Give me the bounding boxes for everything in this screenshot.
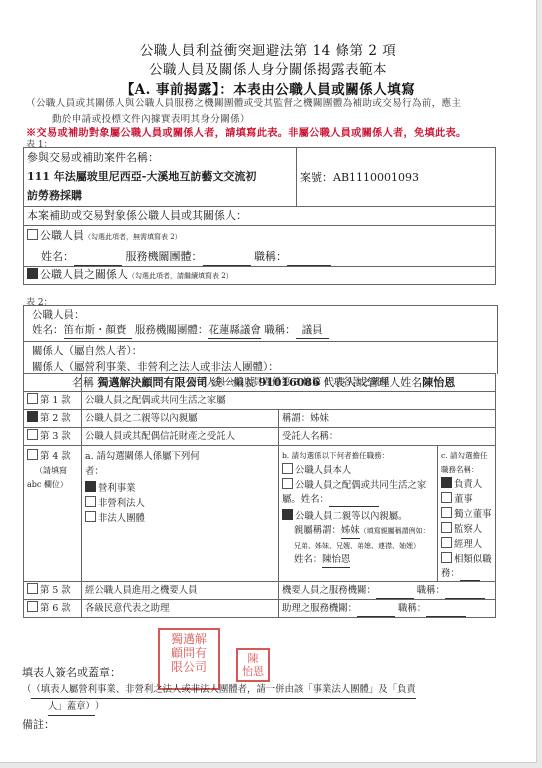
official-org-field[interactable] [203,265,251,266]
checkbox-b-spouse[interactable] [282,478,293,489]
document-page: 公職人員利益衝突迴避法第 14 條第 2 項 公職人員及關係人身分關係揭露表範本… [0,0,537,763]
official-org-value: 花蓮縣議會 [208,323,261,339]
target-label: 本案補助或交易對象係公職人員或其關係人： [24,207,496,226]
checkbox-b-kin[interactable] [282,509,293,520]
clause6-title-field[interactable] [426,616,466,617]
checkbox-official[interactable] [27,229,38,240]
table-row: 第 6 款 各級民意代表之助理 助理之服務機關： 職稱： [24,600,496,618]
table-row-clause4: 第 4 款 （請填寫 abc 欄位） a. 請勾選關係人係屬下列何者： 營利事業… [24,446,496,582]
table2-header-box: 公職人員： 姓名：笛布斯・顏賚 服務機關團體：花蓮縣議會 職稱：議員 關係人（屬… [23,305,498,374]
b-name-value: 陳怡恩 [322,553,350,568]
official-name-field[interactable] [74,265,122,266]
company-seal: 獨邁解 顧問有 限公司 [158,628,220,690]
doc-title-line1: 公職人員利益衝突迴避法第 14 條第 2 項 [0,39,536,59]
checkbox-c-director[interactable] [441,492,452,503]
warning-text: ※交易或補助對象屬公職人員或關係人者，請填寫此表。非屬公職人員或關係人者，免填此… [26,124,466,139]
official-title-field[interactable] [287,265,331,266]
checkbox-c-manager[interactable] [441,537,452,548]
official-title-value: 議員 [296,323,329,339]
table-row: 第 5 款 經公職人員進用之機要人員 機要人員之服務機關： 職稱： [24,582,496,600]
checkbox-a-nonprofit[interactable] [85,496,96,507]
checkbox-clause3[interactable] [27,429,38,440]
table-row: 第 3 款 公職人員或其配偶信託財產之受託人 受託人名稱： [24,428,496,446]
checkbox-c-independent-director[interactable] [441,507,452,518]
checkbox-clause4[interactable] [27,449,38,460]
table1: 參與交易或補助案件名稱： 111 年法屬玻里尼西亞-大溪地互訪藝文交流初 訪勞務… [23,147,496,285]
table-row: 第 1 款 公職人員之配偶或共同生活之家屬 [24,392,496,410]
clause5-title-field[interactable] [445,598,485,599]
clause5-org-field[interactable] [376,598,414,599]
checkbox-a-unincorporated[interactable] [85,511,96,522]
case-number: 案號：AB1110001093 [297,148,496,207]
checkbox-related[interactable] [27,268,38,279]
b-spouse-name-field[interactable] [329,506,379,507]
doc-title-line2: 公職人員及關係人身分關係揭露表範本 [0,58,536,78]
signature-note: （（填表人屬營利事業、非營利之法人或非法人團體者，請一併由該「事業法人團體」及「… [22,682,482,716]
c-similar-field[interactable] [460,580,480,581]
opt-official[interactable]: 公職人員（勾選此項者，無需填寫表 2） [27,226,492,247]
relation-table: 關係人與公職人員間係第 3 條第 1 項各款之關係 第 1 款 公職人員之配偶或… [23,373,496,618]
checkbox-clause6[interactable] [27,601,38,612]
checkbox-c-similar[interactable] [441,552,452,563]
checkbox-b-self[interactable] [282,463,293,474]
signature-label: 填表人簽名或蓋章： [22,664,121,680]
checkbox-clause2[interactable] [27,411,38,422]
remark-label: 備註： [22,716,55,732]
checkbox-clause1[interactable] [27,393,38,404]
checkbox-c-supervisor[interactable] [441,522,452,533]
checkbox-clause5[interactable] [27,583,38,594]
b-kin-value: 姊妹 [341,524,360,539]
opt-related[interactable]: 公職人員之關係人（勾選此項者，請繼續填寫表 2） [24,267,496,285]
relation-header: 關係人與公職人員間係第 3 條第 1 項各款之關係 [82,374,496,392]
table-row: 第 2 款 公職人員之二親等以內親屬 稱謂：姊妹 [24,410,496,428]
doc-title-line3: 【A. 事前揭露】：本表由公職人員或關係人填寫 [0,78,536,98]
personal-seal: 陳 怡恩 [236,648,270,682]
clause6-org-field[interactable] [357,616,395,617]
official-name-value: 笛布斯・顏賚 [64,323,132,339]
checkbox-a-for-profit[interactable] [85,481,96,492]
checkbox-c-owner[interactable] [441,477,452,488]
